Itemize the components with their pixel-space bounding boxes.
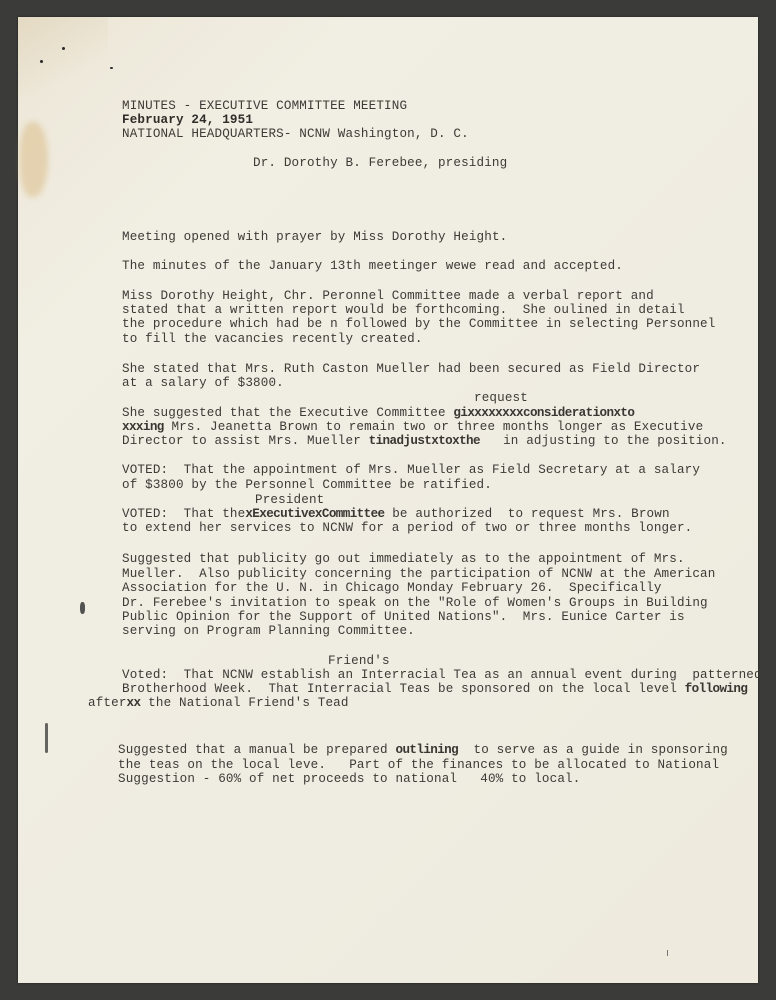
manual-text: to serve as a guide in sponsoring — [458, 743, 728, 757]
publicity-line: Dr. Ferebee's invitation to speak on the… — [122, 596, 708, 610]
staple-hole — [40, 60, 43, 63]
suggestion-text: She suggested that the Executive Committ… — [122, 406, 453, 420]
paper-spot — [110, 67, 113, 69]
ink-mark — [45, 723, 48, 753]
manual-line: Suggestion - 60% of net proceeds to nati… — [118, 772, 580, 786]
voted-text: be authorized to request Mrs. Brown — [384, 507, 669, 521]
publicity-line: Mueller. Also publicity concerning the p… — [122, 567, 715, 581]
manual-line: Suggested that a manual be prepared outl… — [118, 743, 728, 757]
tea-text: Brotherhood Week. That Interracial Teas … — [122, 682, 685, 696]
presiding-line: Dr. Dorothy B. Ferebee, presiding — [253, 156, 507, 170]
tea-line: afterxx the National Friend's Tead — [88, 696, 349, 710]
voted-line: VOTED: That thexExecutivexCommittee be a… — [122, 507, 670, 521]
publicity-line: serving on Program Planning Committee. — [122, 624, 415, 638]
voted-line: of $3800 by the Personnel Committee be r… — [122, 478, 492, 492]
personnel-report-line: stated that a written report would be fo… — [122, 303, 685, 317]
field-director-line: She stated that Mrs. Ruth Caston Mueller… — [122, 362, 700, 376]
inserted-word: request — [474, 391, 528, 405]
struck-text: outlining — [395, 743, 458, 757]
struck-text: xx — [127, 696, 141, 710]
ink-blot — [80, 602, 85, 614]
tea-line: Brotherhood Week. That Interracial Teas … — [122, 682, 747, 696]
suggestion-text: Mrs. Jeanetta Brown to remain two or thr… — [164, 420, 704, 434]
opening-paragraph: Meeting opened with prayer by Miss Dorot… — [122, 230, 507, 244]
struck-text: tinadjustxtoxthe — [369, 434, 480, 448]
suggestion-line: She suggested that the Executive Committ… — [122, 406, 634, 420]
voted-text: VOTED: That the — [122, 507, 245, 521]
struck-text: xxxing — [122, 420, 164, 434]
minutes-paragraph: The minutes of the January 13th meetinge… — [122, 259, 623, 273]
struck-text: xExecutivexCommittee — [245, 507, 384, 521]
manual-line: the teas on the local leve. Part of the … — [118, 758, 719, 772]
publicity-line: Public Opinion for the Support of United… — [122, 610, 685, 624]
paper-stain — [20, 122, 48, 197]
header-date: February 24, 1951 — [122, 113, 253, 127]
personnel-report-line: the procedure which had be n followed by… — [122, 317, 715, 331]
suggestion-text: in adjusting to the position. — [480, 434, 727, 448]
struck-text: gixxxxxxxxconsiderationxto — [453, 406, 634, 420]
personnel-report-line: to fill the vacancies recently created. — [122, 332, 423, 346]
header-location: NATIONAL HEADQUARTERS- NCNW Washington, … — [122, 127, 469, 141]
struck-text: following — [685, 682, 748, 696]
voted-line: to extend her services to NCNW for a per… — [122, 521, 692, 535]
publicity-line: Association for the U. N. in Chicago Mon… — [122, 581, 662, 595]
inserted-word: Friend's — [328, 654, 390, 668]
field-director-line: at a salary of $3800. — [122, 376, 284, 390]
document-page: MINUTES - EXECUTIVE COMMITTEE MEETING Fe… — [18, 17, 758, 983]
staple-hole — [62, 47, 65, 50]
margin-insert: after — [88, 696, 127, 710]
voted-line: VOTED: That the appointment of Mrs. Muel… — [122, 463, 700, 477]
page-mark — [667, 950, 668, 956]
header-title: MINUTES - EXECUTIVE COMMITTEE MEETING — [122, 99, 407, 113]
suggestion-text: Director to assist Mrs. Mueller — [122, 434, 369, 448]
suggestion-line: xxxing Mrs. Jeanetta Brown to remain two… — [122, 420, 703, 434]
manual-text: Suggested that a manual be prepared — [118, 743, 395, 757]
tea-text: the National Friend's Tead — [140, 696, 348, 710]
personnel-report-line: Miss Dorothy Height, Chr. Peronnel Commi… — [122, 289, 654, 303]
suggestion-line: Director to assist Mrs. Mueller tinadjus… — [122, 434, 727, 448]
tea-line: Voted: That NCNW establish an Interracia… — [122, 668, 762, 682]
publicity-line: Suggested that publicity go out immediat… — [122, 552, 685, 566]
inserted-word: President — [255, 493, 324, 507]
paper-crease — [18, 17, 108, 97]
